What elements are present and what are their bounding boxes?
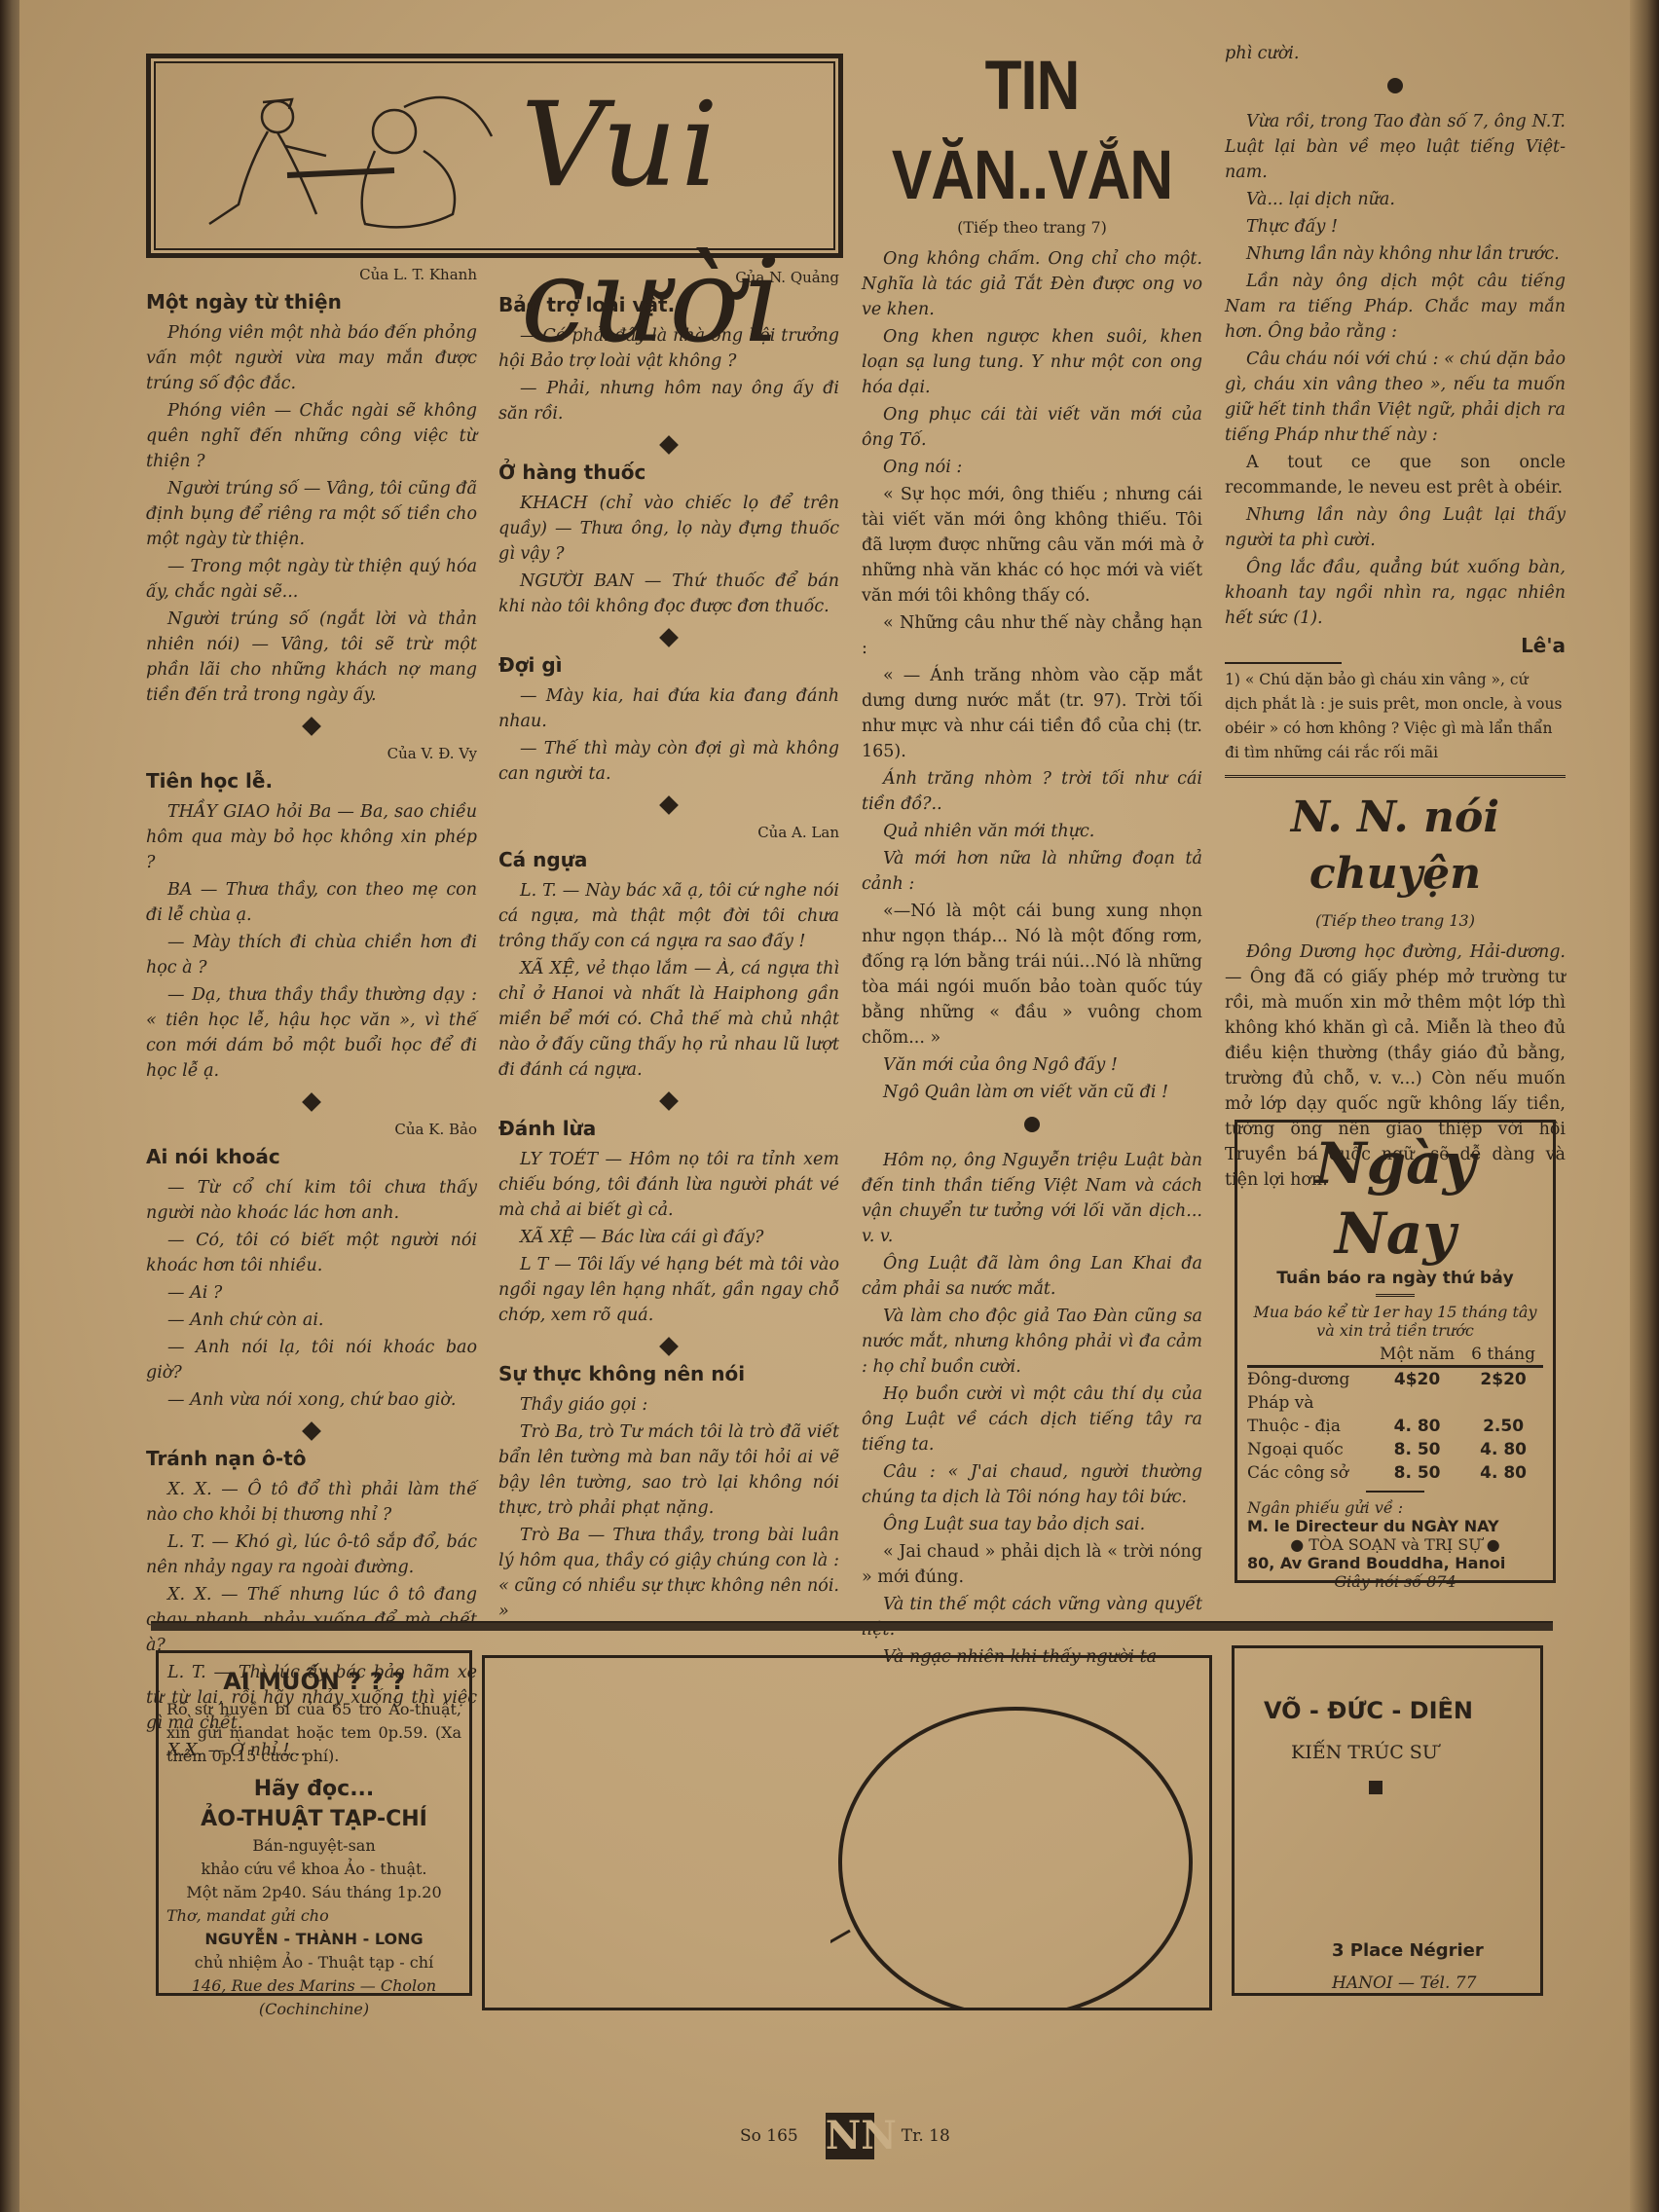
article-paragraph: A tout ce que son oncle recommande, le n… <box>1225 450 1566 500</box>
send-to: Ngân phiếu gửi về : <box>1247 1498 1543 1517</box>
office-label: TÒA SOẠN và TRỊ SỰ <box>1309 1535 1481 1554</box>
article-paragraph: Ánh trăng nhòm ? trời tối như cái tiền đ… <box>862 766 1202 817</box>
ao-thuat-ad: AI MUỐN ? ? ? Rõ sự huyền bí của 65 trò … <box>156 1650 472 1996</box>
story-paragraph: THẦY GIAO hỏi Ba — Ba, sao chiều hôm qua… <box>146 799 477 875</box>
diamond-separator-icon <box>302 1421 321 1441</box>
column-vui-cuoi-2: Của N. QuảngBảo trợ loài vật.— Có phải đ… <box>498 261 839 1626</box>
ngay-nay-subscription-box: Ngày Nay Tuần báo ra ngày thứ bảy Mua bá… <box>1235 1120 1556 1583</box>
story-title: Đợi gì <box>498 652 839 678</box>
story-paragraph: Trò Ba — Thưa thầy, trong bài luân lý hô… <box>498 1523 839 1624</box>
prepay-note: và xin trả tiền trước <box>1247 1321 1543 1340</box>
price-row: Thuộc - địa4. 802.50 <box>1247 1415 1543 1438</box>
cece-circle-icon <box>830 1697 1200 2009</box>
story-title: Đánh lừa <box>498 1116 839 1141</box>
story-title: Cá ngựa <box>498 847 839 872</box>
story-paragraph: — Có phải đây là nhà ông hội trưởng hội … <box>498 323 839 374</box>
section-divider <box>1225 775 1566 780</box>
article-paragraph: Vừa rồi, trong Tao đàn số 7, ông N.T. Lu… <box>1225 109 1566 185</box>
architect-name: VÕ - ĐỨC - DIÊN <box>1264 1697 1473 1724</box>
architect-ad: VÕ - ĐỨC - DIÊN KIẾN TRÚC SƯ 3 Place Nég… <box>1232 1645 1543 1996</box>
story-paragraph: — Có, tôi có biết một người nói khoác hơ… <box>146 1228 477 1278</box>
column-vui-cuoi-1: Của L. T. KhanhMột ngày từ thiệnPhóng vi… <box>146 258 477 1765</box>
story-paragraph: — Ai ? <box>146 1280 477 1306</box>
story-paragraph: NGƯỜI BAN — Thứ thuốc để bán khi nào tôi… <box>498 569 839 619</box>
editor-role: chủ nhiệm Ảo - Thuật tạp - chí <box>166 1951 461 1974</box>
column-tin-van-van-cont: phì cười.Vừa rồi, trong Tao đàn số 7, ôn… <box>1225 41 1566 1193</box>
next-page-edge <box>1630 0 1659 2212</box>
footnote: 1) « Chú dặn bảo gì cháu xin vâng », cứ … <box>1225 668 1566 765</box>
ngay-nay-title: Ngày Nay <box>1247 1128 1543 1269</box>
byline: Của K. Bảo <box>146 1117 477 1142</box>
magazine-price: Một năm 2p40. Sáu tháng 1p.20 <box>166 1881 461 1904</box>
price-year: 4. 80 <box>1371 1415 1463 1438</box>
editor-name: NGUYỄN - THÀNH - LONG <box>166 1928 461 1951</box>
story-title: Tiên học lễ. <box>146 768 477 793</box>
editor-address: 146, Rue des Marins — Cholon <box>166 1974 461 1998</box>
nn-noi-chuyen-title: N. N. nói chuyện <box>1225 790 1566 903</box>
office: ● TÒA SOẠN và TRỊ SỰ ● <box>1247 1535 1543 1554</box>
region-label: Đông-dương <box>1247 1367 1371 1392</box>
story-paragraph: Trò Ba, trò Tư mách tôi là trò đã viết b… <box>498 1419 839 1521</box>
ad-text: Rõ sự huyền bí của 65 trò Ảo-thuật, xin … <box>166 1698 461 1768</box>
column-tin-van-van: TIN VĂN..VẮN (Tiếp theo trang 7) Ong khô… <box>862 54 1202 1672</box>
article-paragraph: Ong không chấm. Ong chỉ cho một. Nghĩa l… <box>862 246 1202 322</box>
magazine-desc: khảo cứu về khoa Ảo - thuật. <box>166 1858 461 1881</box>
article-paragraph: Văn mới của ông Ngô đấy ! <box>862 1052 1202 1078</box>
diamond-separator-icon <box>659 435 679 455</box>
tin-van-van-title: TIN VĂN..VẮN <box>862 42 1202 221</box>
article-paragraph: Ong phục cái tài viết văn mới của ông Tố… <box>862 402 1202 453</box>
story-paragraph: L T — Tôi lấy vé hạng bét mà tôi vào ngồ… <box>498 1252 839 1328</box>
diamond-separator-icon <box>659 1337 679 1356</box>
region-label: Pháp và <box>1247 1391 1371 1415</box>
story-paragraph: — Từ cổ chí kim tôi chưa thấy người nào … <box>146 1175 477 1226</box>
send-label: Thơ, mandat gửi cho <box>166 1904 461 1928</box>
price-half-year <box>1463 1391 1543 1415</box>
byline: Của A. Lan <box>498 820 839 845</box>
diamond-separator-icon <box>659 1091 679 1111</box>
address: 80, Av Grand Bouddha, Hanoi <box>1247 1554 1543 1572</box>
signature: Lê'a <box>1225 633 1566 658</box>
editor-region: (Cochinchine) <box>166 1998 461 2021</box>
story-paragraph: XÃ XỆ — Bác lừa cái gì đấy? <box>498 1225 839 1250</box>
article-paragraph: Câu cháu nói với chú : « chú dặn bảo gì,… <box>1225 347 1566 448</box>
subscription-note: Mua báo kể từ 1er hay 15 tháng tây <box>1247 1303 1543 1321</box>
story-title: Bảo trợ loài vật. <box>498 292 839 317</box>
byline: Của V. Đ. Vy <box>146 741 477 766</box>
story-title: Ai nói khoác <box>146 1144 477 1169</box>
issue-number: So 165 <box>740 2126 798 2146</box>
cece-swimsuit-ad <box>482 1655 1212 2010</box>
ad-read: Hãy đọc... <box>166 1774 461 1805</box>
article-paragraph: phì cười. <box>1225 41 1566 66</box>
price-half-year: 2$20 <box>1463 1367 1543 1392</box>
article-paragraph: Ong khen ngược khen suôi, khen loạn sạ l… <box>862 324 1202 400</box>
article-paragraph: Và mới hơn nữa là những đoạn tả cảnh : <box>862 846 1202 897</box>
price-row: Pháp và <box>1247 1391 1543 1415</box>
price-year: 8. 50 <box>1371 1461 1463 1485</box>
dot-separator-icon <box>1387 78 1403 93</box>
story-paragraph: — Anh chứ còn ai. <box>146 1308 477 1333</box>
ngay-nay-logo-icon: NN <box>826 2113 874 2159</box>
article-paragraph: Nhưng lần này không như lần trước. <box>1225 241 1566 267</box>
byline: Của L. T. Khanh <box>146 262 477 287</box>
price-half-year: 4. 80 <box>1463 1461 1543 1485</box>
price-row: Ngoại quốc8. 504. 80 <box>1247 1438 1543 1461</box>
region-label: Thuộc - địa <box>1247 1415 1371 1438</box>
article-paragraph: « — Ánh trăng nhòm vào cặp mắt dưng dưng… <box>862 663 1202 764</box>
square-bullet-icon <box>1369 1781 1382 1794</box>
story-paragraph: X. X. — Ô tô đổ thì phải làm thế nào cho… <box>146 1477 477 1528</box>
article-paragraph: Hôm nọ, ông Nguyễn triệu Luật bàn đến ti… <box>862 1148 1202 1249</box>
article-paragraph: Và làm cho độc giả Tao Đàn cũng sa nước … <box>862 1304 1202 1380</box>
divider <box>1366 1491 1424 1493</box>
vui-cuoi-banner: Vui cười <box>146 54 843 258</box>
story-title: Sự thực không nên nói <box>498 1361 839 1386</box>
story-paragraph: KHACH (chỉ vào chiếc lọ để trên quầy) — … <box>498 491 839 567</box>
article-paragraph: Lần này ông dịch một câu tiếng Nam ra ti… <box>1225 269 1566 345</box>
story-paragraph: Phóng viên một nhà báo đến phỏng vấn một… <box>146 320 477 396</box>
region-label: Ngoại quốc <box>1247 1438 1371 1461</box>
story-paragraph: — Mày kia, hai đứa kia đang đánh nhau. <box>498 683 839 734</box>
story-paragraph: Thầy giáo gọi : <box>498 1392 839 1418</box>
article-paragraph: « Jai chaud » phải dịch là « trời nóng »… <box>862 1539 1202 1590</box>
story-paragraph: Người trúng số (ngắt lời và thản nhiên n… <box>146 607 477 708</box>
page-footer: So 165 NN Tr. 18 <box>740 2113 950 2159</box>
article-paragraph: Câu : « J'ai chaud, người thường chúng t… <box>862 1459 1202 1510</box>
price-row: Các công sở8. 504. 80 <box>1247 1461 1543 1485</box>
dot-separator-icon <box>1024 1117 1040 1132</box>
price-half-year: 2.50 <box>1463 1415 1543 1438</box>
story-paragraph: BA — Thưa thầy, con theo mẹ con đi lễ ch… <box>146 877 477 928</box>
article-paragraph: « Sự học mới, ông thiếu ; nhưng cái tài … <box>862 482 1202 608</box>
phone: Giây nói số 874 <box>1247 1572 1543 1591</box>
story-paragraph: — Dạ, thưa thầy thầy thường dạy : « tiên… <box>146 982 477 1084</box>
story-paragraph: L. T. — Này bác xã ạ, tôi cứ nghe nói cá… <box>498 878 839 954</box>
article-paragraph: Ông Luật đã làm ông Lan Khai đa cảm phải… <box>862 1251 1202 1302</box>
story-title: Ở hàng thuốc <box>498 460 839 485</box>
story-paragraph: XÃ XỆ, vẻ thạo lắm — À, cá ngựa thì chỉ … <box>498 956 839 1083</box>
architect-title: KIẾN TRÚC SƯ <box>1291 1742 1438 1763</box>
price-year <box>1371 1391 1463 1415</box>
region-label: Các công sở <box>1247 1461 1371 1485</box>
article-paragraph: Quả nhiên văn mới thực. <box>862 819 1202 844</box>
magazine-name: ẢO-THUẬT TẠP-CHÍ <box>166 1805 461 1834</box>
article-paragraph: Nhưng lần này ông Luật lại thấy người ta… <box>1225 502 1566 553</box>
article-paragraph: Và tin thế một cách vững vàng quyết liệt… <box>862 1592 1202 1642</box>
story-title: Tránh nạn ô-tô <box>146 1446 477 1471</box>
price-year: 8. 50 <box>1371 1438 1463 1461</box>
story-paragraph: — Phải, nhưng hôm nay ông ấy đi săn rồi. <box>498 376 839 426</box>
diamond-separator-icon <box>659 795 679 815</box>
nn-addressee: Đông Dương học đường, Hải-dương. <box>1246 942 1566 962</box>
story-title: Một ngày từ thiện <box>146 289 477 314</box>
director: M. le Directeur du NGÀY NAY <box>1247 1517 1543 1535</box>
price-half-year: 4. 80 <box>1463 1438 1543 1461</box>
page-number: Tr. 18 <box>902 2126 950 2146</box>
diamond-separator-icon <box>302 1092 321 1112</box>
col-half-year: 6 tháng <box>1463 1344 1543 1367</box>
diamond-separator-icon <box>659 628 679 647</box>
story-paragraph: L. T. — Khó gì, lúc ô-tô sắp đổ, bác nên… <box>146 1530 477 1580</box>
story-paragraph: LY TOÉT — Hôm nọ tôi ra tỉnh xem chiếu b… <box>498 1147 839 1223</box>
diamond-separator-icon <box>302 717 321 736</box>
story-paragraph: — Anh nói lạ, tôi nói khoác bao giờ? <box>146 1335 477 1385</box>
story-paragraph: — Trong một ngày từ thiện quý hóa ấy, ch… <box>146 554 477 605</box>
article-paragraph: Thực đấy ! <box>1225 214 1566 240</box>
article-paragraph: Họ buồn cười vì một câu thí dụ của ông L… <box>862 1382 1202 1457</box>
footnote-rule <box>1225 662 1342 664</box>
nn-continued-note: (Tiếp theo trang 13) <box>1225 908 1566 934</box>
article-paragraph: Ong nói : <box>862 455 1202 480</box>
article-paragraph: Ông Luật sua tay bảo dịch sai. <box>862 1512 1202 1537</box>
story-paragraph: Phóng viên — Chắc ngài sẽ không quên ngh… <box>146 398 477 474</box>
story-paragraph: — Thế thì mày còn đợi gì mà không can ng… <box>498 736 839 787</box>
col-year: Một năm <box>1371 1344 1463 1367</box>
divider <box>1376 1294 1415 1297</box>
story-paragraph: — Mày thích đi chùa chiền hơn đi học à ? <box>146 930 477 980</box>
magazine-frequency: Bán-nguyệt-san <box>166 1834 461 1858</box>
price-row: Đông-dương4$202$20 <box>1247 1367 1543 1392</box>
article-paragraph: «—Nó là một cái bung xung nhọn như ngọn … <box>862 899 1202 1051</box>
story-paragraph: Người trúng số — Vâng, tôi cũng đã định … <box>146 476 477 552</box>
ads-divider <box>151 1621 1553 1631</box>
architect-city: HANOI — Tél. 77 <box>1332 1973 1476 1993</box>
article-paragraph: Ngô Quân làm ơn viết văn cũ đi ! <box>862 1080 1202 1105</box>
ngay-nay-subtitle: Tuần báo ra ngày thứ bảy <box>1247 1269 1543 1288</box>
article-paragraph: Ông lắc đầu, quẳng bút xuống bàn, khoanh… <box>1225 555 1566 631</box>
architect-address: 3 Place Négrier <box>1332 1940 1484 1961</box>
price-table: Một năm6 tháng Đông-dương4$202$20Pháp và… <box>1247 1344 1543 1485</box>
article-paragraph: « Những câu như thế này chẳng hạn : <box>862 610 1202 661</box>
cartoon-illustration-icon <box>170 78 501 234</box>
story-paragraph: — Anh vừa nói xong, chứ bao giờ. <box>146 1387 477 1413</box>
ad-headline: AI MUỐN ? ? ? <box>166 1665 461 1698</box>
story-paragraph: X. X. — Thế nhưng lúc ô tô đang chạy nha… <box>146 1582 477 1658</box>
price-year: 4$20 <box>1371 1367 1463 1392</box>
byline: Của N. Quảng <box>498 265 839 290</box>
article-paragraph: Và... lại dịch nữa. <box>1225 187 1566 212</box>
